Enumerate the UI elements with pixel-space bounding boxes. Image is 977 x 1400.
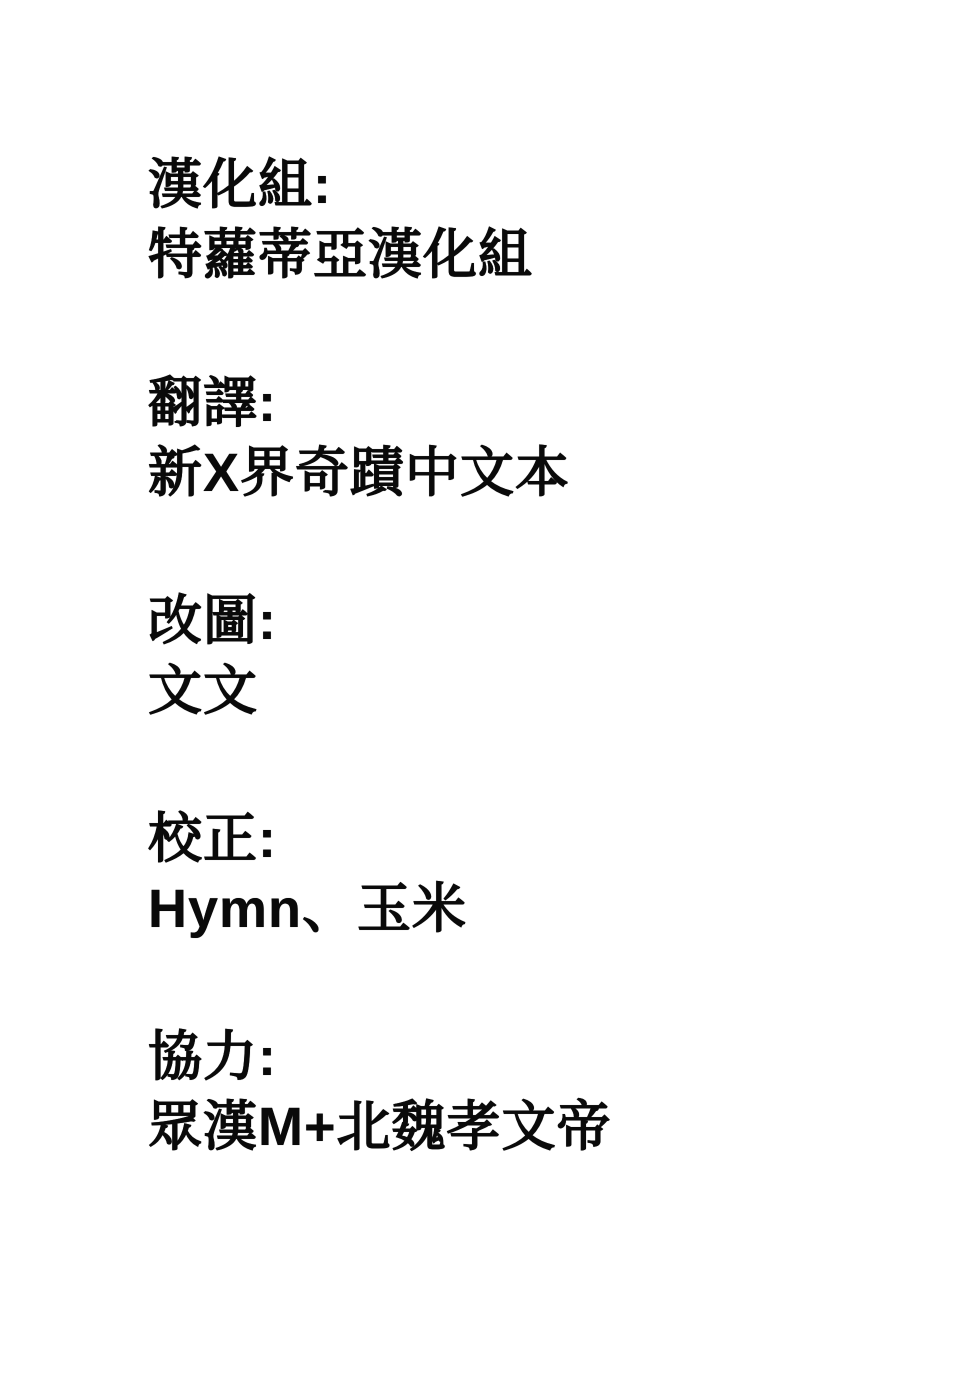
section-label: 改圖: (148, 586, 937, 656)
section-label: 校正: (148, 804, 937, 874)
section-label: 翻譯: (148, 368, 937, 438)
section-value: 特蘿蒂亞漢化組 (148, 220, 937, 290)
section-label: 漢化組: (148, 150, 937, 220)
section-value: Hymn、玉米 (148, 874, 937, 944)
credits-section-image-editing: 改圖: 文文 (148, 586, 937, 726)
section-label: 協力: (148, 1022, 937, 1092)
section-value: 文文 (148, 656, 937, 726)
section-value: 眾漢M+北魏孝文帝 (148, 1092, 937, 1162)
credits-section-cooperation: 協力: 眾漢M+北魏孝文帝 (148, 1022, 937, 1162)
section-value: 新X界奇蹟中文本 (148, 438, 937, 508)
credits-section-proofreading: 校正: Hymn、玉米 (148, 804, 937, 944)
credits-section-hanhua-group: 漢化組: 特蘿蒂亞漢化組 (148, 150, 937, 290)
credits-page: 漢化組: 特蘿蒂亞漢化組 翻譯: 新X界奇蹟中文本 改圖: 文文 校正: Hym… (0, 0, 977, 1400)
credits-section-translation: 翻譯: 新X界奇蹟中文本 (148, 368, 937, 508)
